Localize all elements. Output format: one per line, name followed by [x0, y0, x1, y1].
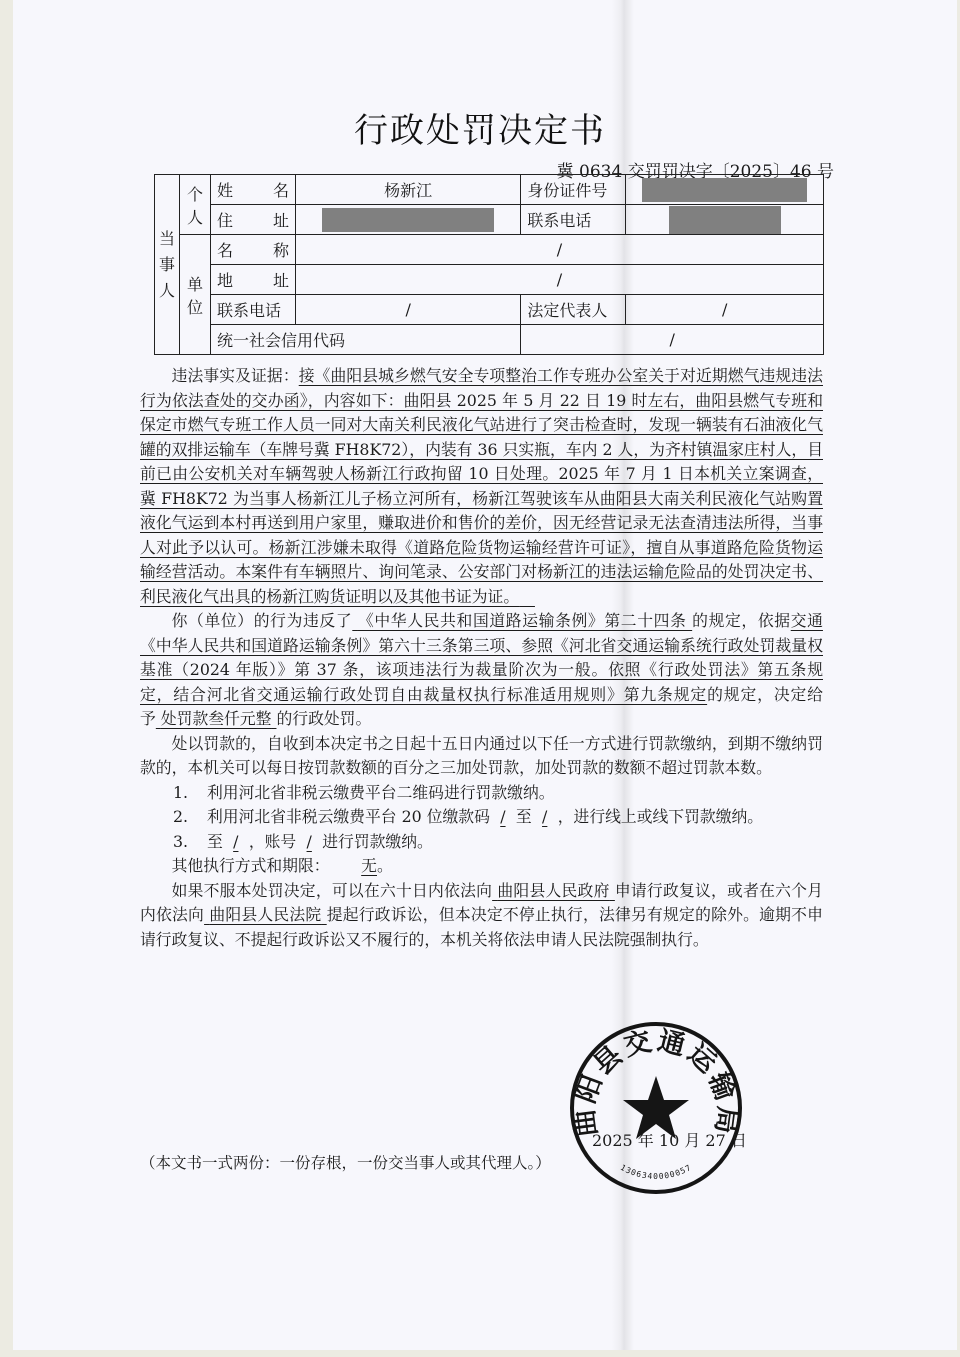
legal-rep-label: 法定代表人 — [521, 295, 626, 325]
id-value-cell — [626, 175, 824, 205]
decision-paragraph: 你（单位）的行为违反了 《中华人民共和国道路运输条例》第二十四条 的规定，依据交… — [140, 609, 823, 732]
unit-phone-value: / — [296, 295, 521, 325]
phone-value-cell — [626, 205, 824, 235]
issue-date: 2025 年 10 月 27 日 — [592, 1128, 747, 1151]
credit-code-label: 统一社会信用代码 — [211, 325, 521, 355]
phone-label: 联系电话 — [521, 205, 626, 235]
penalty-amount: 处罚款叁仟元整 — [156, 709, 277, 728]
address-label-cell: 住址 — [211, 205, 296, 235]
credit-code-value: / — [521, 325, 824, 355]
unit-label: 单位 — [180, 235, 211, 355]
party-label: 当事人 — [155, 175, 180, 355]
unit-name-value: / — [296, 235, 824, 265]
footer-note: （本文书一式两份：一份存根，一份交当事人或其代理人。） — [140, 1151, 551, 1173]
redaction-box — [669, 206, 781, 234]
name-value: 杨新江 — [296, 175, 521, 205]
legal-rep-value: / — [626, 295, 824, 325]
payment-method-2: 2.利用河北省非税云缴费平台 20 位缴款码/至/，进行线上或线下罚款缴纳。 — [140, 805, 823, 830]
unit-address-value: / — [296, 265, 824, 295]
unit-name-label-cell: 名称 — [211, 235, 296, 265]
payment-method-1: 1.利用河北省非税云缴费平台二维码进行罚款缴纳。 — [140, 781, 823, 806]
unit-address-label-cell: 地址 — [211, 265, 296, 295]
redaction-box — [322, 208, 494, 232]
unit-phone-label: 联系电话 — [211, 295, 296, 325]
violated-law: 《中华人民共和国道路运输条例》第二十四条 — [352, 611, 692, 630]
name-label-cell: 姓名 — [211, 175, 296, 205]
payment-method-3: 3.至/，账号/进行罚款缴纳。 — [140, 830, 823, 855]
other-execution: 其他执行方式和期限：无。 — [140, 854, 823, 879]
document-title: 行政处罚决定书 — [0, 103, 960, 152]
official-seal-icon: 曲阳县交通运输局 1306340000057 — [566, 1018, 746, 1198]
document-body: 违法事实及证据：接《曲阳县城乡燃气安全专项整治工作专班办公室关于对近期燃气违规违… — [140, 364, 823, 952]
id-label: 身份证件号 — [521, 175, 626, 205]
facts-label: 违法事实及证据： — [172, 366, 299, 385]
facts-text: 接《曲阳县城乡燃气安全专项整治工作专班办公室关于对近期燃气违规违法行为依法查处的… — [140, 366, 823, 606]
redaction-box — [642, 178, 807, 202]
review-body: 曲阳县人民政府 — [492, 881, 615, 900]
svg-text:1306340000057: 1306340000057 — [619, 1163, 693, 1181]
party-info-table: 当事人 个人 姓名 杨新江 身份证件号 住址 联系电话 单位 名称 / 地址 /… — [154, 174, 824, 355]
address-value-cell — [296, 205, 521, 235]
appeal-paragraph: 如果不服本处罚决定，可以在六十日内依法向 曲阳县人民政府 申请行政复议，或者在六… — [140, 879, 823, 953]
payment-intro: 处以罚款的，自收到本决定书之日起十五日内通过以下任一方式进行罚款缴纳，到期不缴纳… — [140, 732, 823, 781]
individual-label: 个人 — [180, 175, 211, 235]
court: 曲阳县人民法院 — [204, 905, 327, 924]
facts-paragraph: 违法事实及证据：接《曲阳县城乡燃气安全专项整治工作专班办公室关于对近期燃气违规违… — [140, 364, 823, 609]
